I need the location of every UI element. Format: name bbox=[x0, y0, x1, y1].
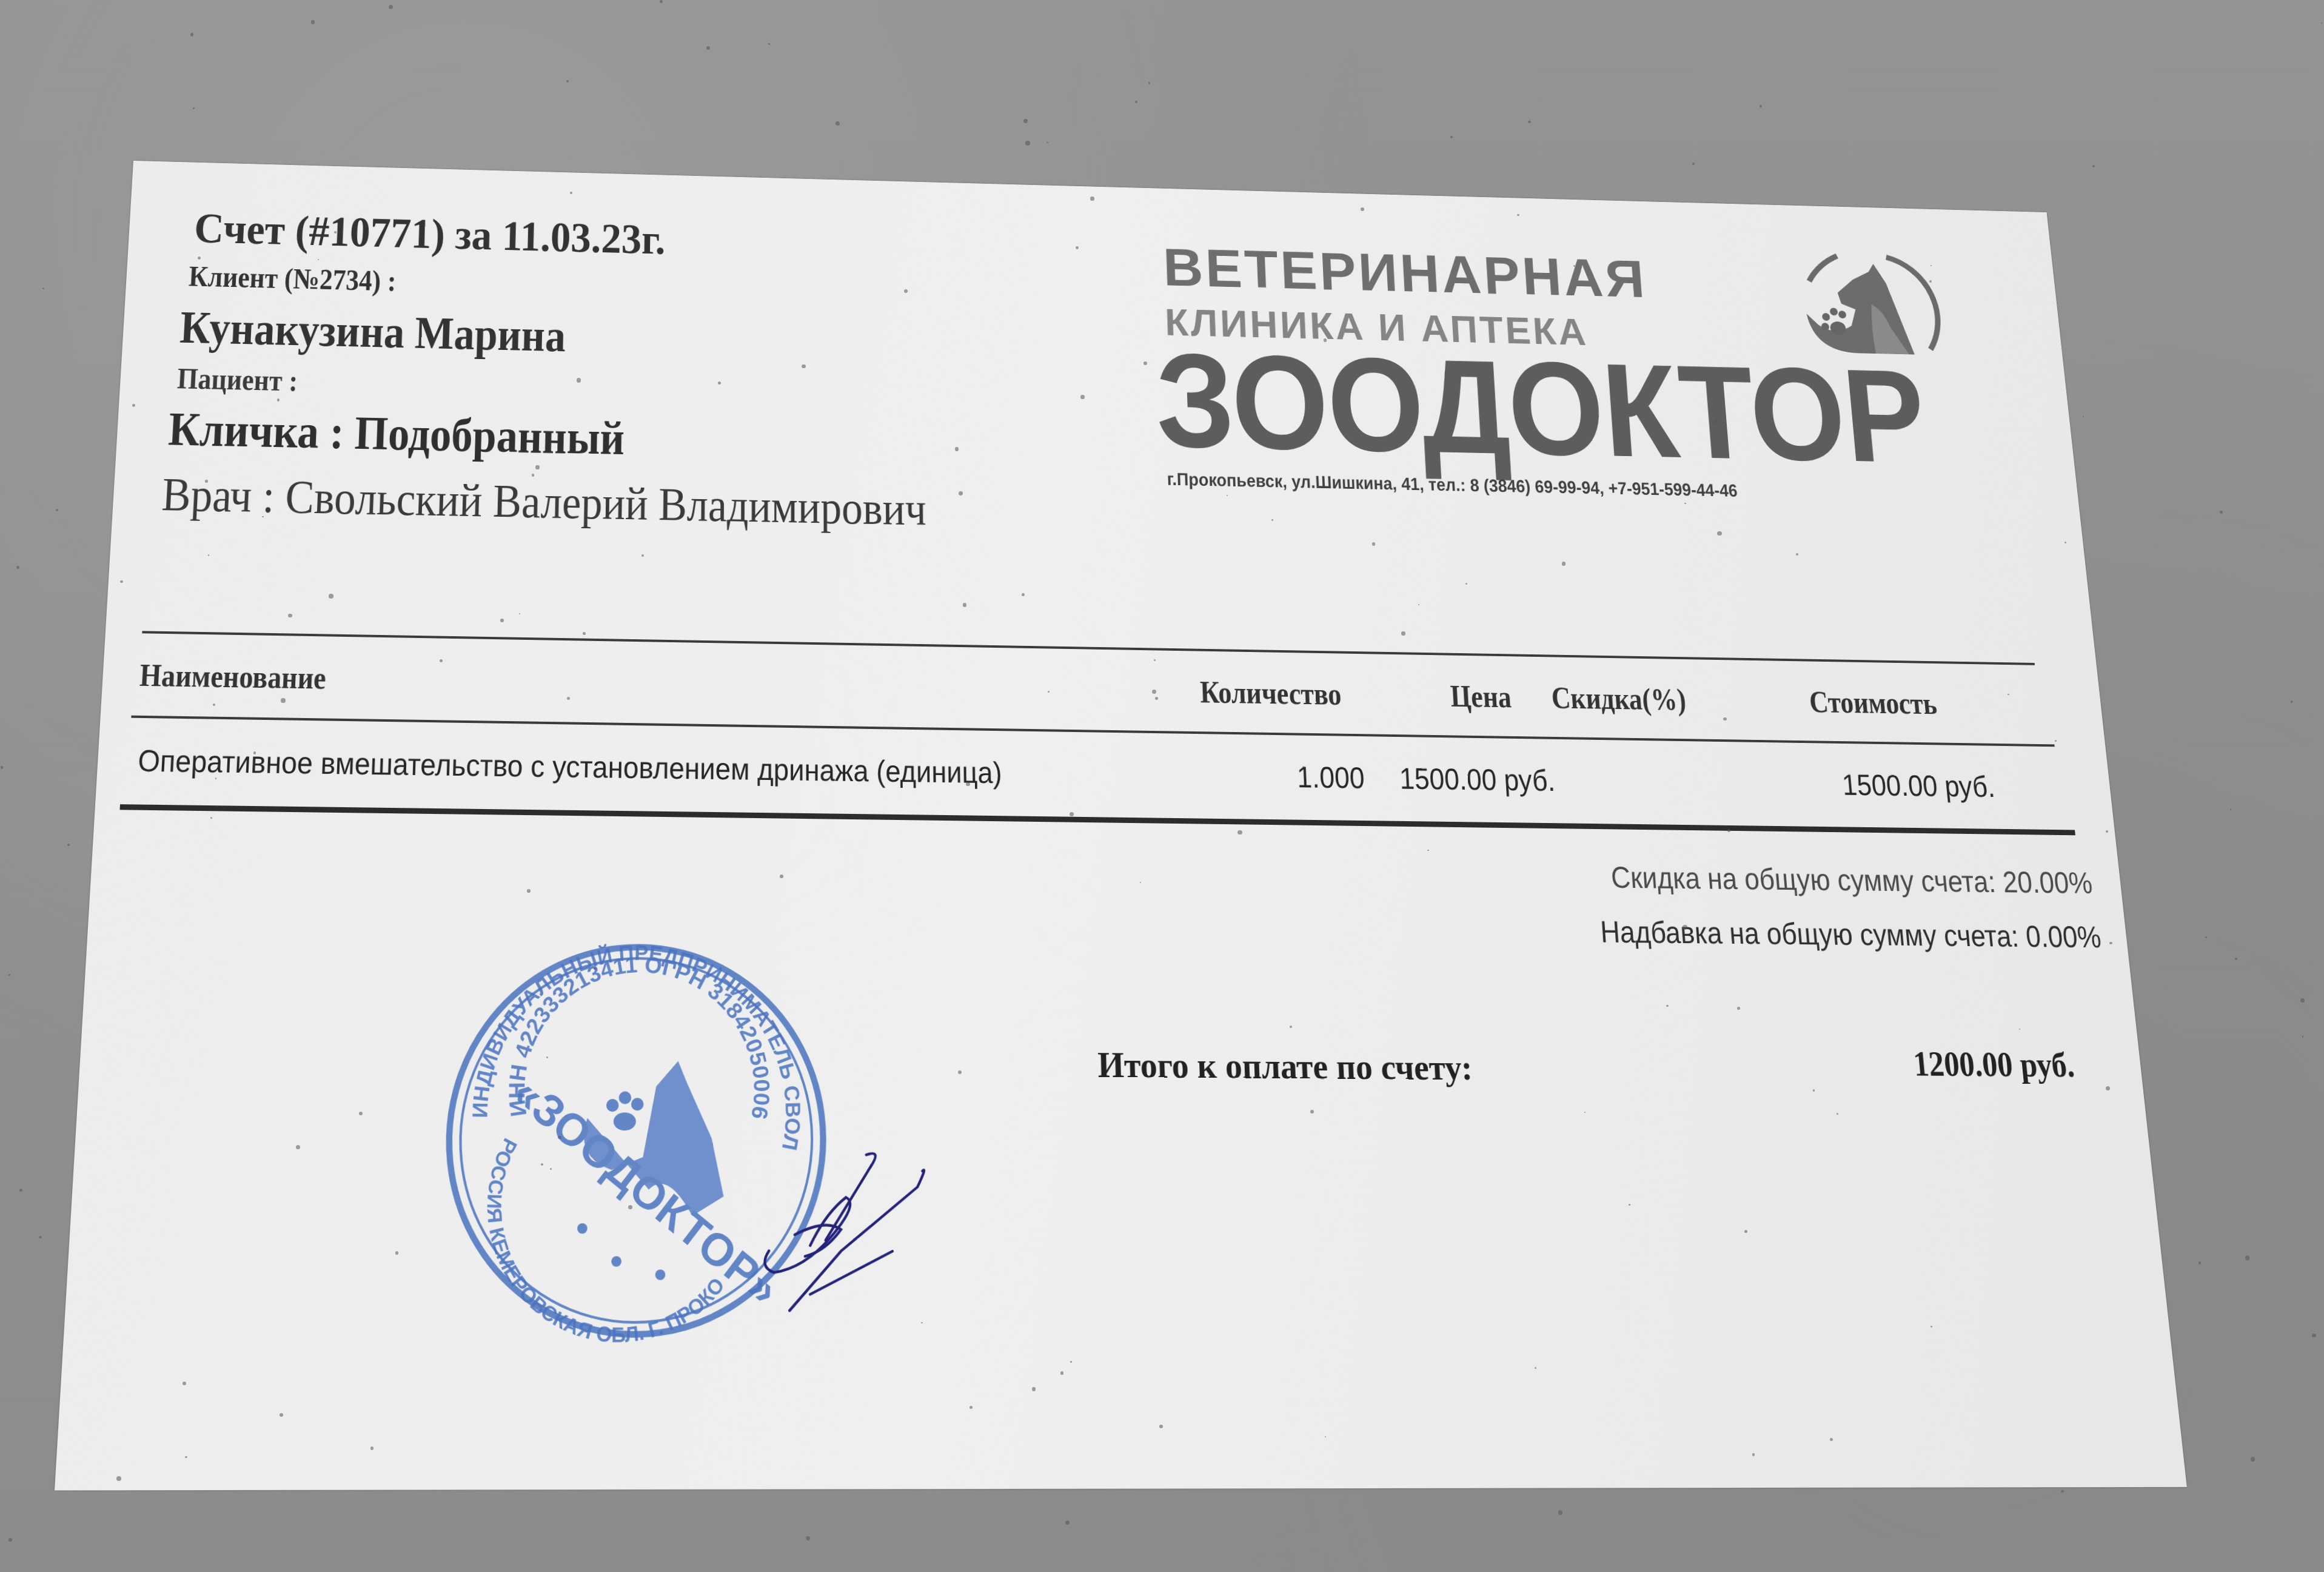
surface-speck bbox=[806, 1536, 810, 1540]
row-quantity: 1.000 bbox=[1296, 760, 1365, 796]
surface-speck bbox=[1032, 1387, 1036, 1391]
surface-speck bbox=[2302, 1036, 2304, 1038]
surface-speck bbox=[802, 364, 805, 368]
stamp-brand: «ЗООДОКТОР» bbox=[504, 1067, 788, 1316]
invoice-paper: Счет (#10771) за 11.03.23г. Клиент (№273… bbox=[55, 161, 2187, 1490]
surface-speck bbox=[1727, 829, 1730, 832]
surface-speck bbox=[1450, 136, 1453, 138]
surface-speck bbox=[1692, 163, 1695, 166]
total-value: 1200.00 руб. bbox=[1912, 1043, 2077, 1085]
surface-speck bbox=[2106, 1086, 2110, 1090]
surface-speck bbox=[213, 704, 215, 706]
surface-speck bbox=[904, 289, 908, 293]
surface-speck bbox=[660, 0, 663, 3]
surface-speck bbox=[1723, 717, 1726, 720]
surface-speck bbox=[193, 107, 195, 109]
table-top-rule bbox=[142, 631, 2035, 665]
table-row: Оперативное вмешательство с установление… bbox=[133, 161, 2046, 212]
surface-speck bbox=[1065, 1520, 1070, 1525]
surface-speck bbox=[1584, 1112, 1586, 1113]
surface-speck bbox=[500, 619, 504, 622]
row-price: 1500.00 руб. bbox=[1399, 761, 1556, 798]
surface-speck bbox=[1155, 697, 1158, 700]
column-header-quantity: Количество bbox=[1199, 675, 1342, 712]
surface-speck bbox=[1717, 531, 1722, 536]
surface-speck bbox=[1760, 105, 1762, 107]
surface-speck bbox=[8, 974, 10, 976]
surface-speck bbox=[1629, 1204, 1630, 1206]
surface-speck bbox=[519, 613, 520, 614]
surface-speck bbox=[253, 751, 256, 754]
surface-speck bbox=[2230, 808, 2231, 810]
surface-speck bbox=[963, 603, 967, 607]
surface-speck bbox=[1148, 82, 1151, 84]
surface-speck bbox=[527, 889, 531, 893]
logo-line-veterinary: ВЕТЕРИНАРНАЯ bbox=[1162, 237, 1649, 309]
surface-speck bbox=[583, 632, 586, 635]
total-label: Итого к оплате по счету: bbox=[1097, 1046, 1473, 1089]
client-label: Клиент (№2734) : bbox=[188, 260, 397, 298]
surface-speck bbox=[2312, 1334, 2316, 1338]
surface-speck bbox=[1022, 593, 1025, 596]
client-name: Кунакузина Марина bbox=[179, 302, 566, 363]
column-header-price: Цена bbox=[1450, 679, 1513, 715]
column-header-cost: Стоимость bbox=[1808, 685, 1938, 722]
surface-speck bbox=[1573, 265, 1575, 267]
surface-speck bbox=[183, 1382, 186, 1385]
surface-speck bbox=[1144, 361, 1147, 365]
surface-speck bbox=[208, 554, 209, 556]
surface-speck bbox=[185, 1456, 187, 1458]
table-bottom-rule bbox=[120, 804, 2075, 835]
surface-speck bbox=[594, 967, 597, 970]
surface-speck bbox=[395, 1251, 398, 1254]
surface-speck bbox=[56, 509, 58, 511]
surface-speck bbox=[2061, 1490, 2063, 1493]
surface-speck bbox=[1813, 1089, 1815, 1091]
surface-speck bbox=[311, 20, 315, 24]
column-header-discount: Скидка(%) bbox=[1550, 681, 1687, 718]
table-header-rule bbox=[131, 716, 2054, 747]
surface-speck bbox=[2245, 1255, 2250, 1260]
surface-speck bbox=[1302, 766, 1304, 768]
surface-speck bbox=[67, 844, 70, 846]
doctor-name: Врач : Свольский Валерий Владимирович bbox=[161, 469, 926, 537]
surface-speck bbox=[567, 697, 570, 700]
surface-speck bbox=[2321, 22, 2322, 24]
surface-speck bbox=[1135, 101, 1137, 103]
surface-speck bbox=[318, 259, 319, 260]
surface-speck bbox=[1562, 562, 1566, 565]
surface-speck bbox=[532, 474, 534, 476]
surface-speck bbox=[1, 766, 4, 769]
surface-speck bbox=[2251, 1457, 2255, 1461]
surface-speck bbox=[780, 875, 783, 878]
invoice-discount-line: Скидка на общую сумму счета: 20.00% bbox=[1610, 860, 2094, 901]
surface-speck bbox=[2008, 694, 2009, 696]
surface-speck bbox=[1090, 196, 1094, 201]
surface-speck bbox=[198, 257, 201, 260]
surface-speck bbox=[288, 614, 292, 618]
surface-speck bbox=[706, 46, 710, 50]
surface-speck bbox=[1070, 1361, 1072, 1363]
surface-speck bbox=[541, 1163, 543, 1166]
row-item-name: Оперативное вмешательство с установление… bbox=[137, 743, 1002, 790]
surface-speck bbox=[205, 480, 208, 483]
surface-speck bbox=[2300, 998, 2305, 1003]
surface-speck bbox=[389, 5, 393, 9]
surface-speck bbox=[1076, 246, 1079, 249]
surface-speck bbox=[19, 1189, 22, 1192]
patient-label: Пациент : bbox=[176, 362, 298, 398]
surface-speck bbox=[2291, 700, 2292, 702]
surface-speck bbox=[535, 465, 540, 469]
surface-speck bbox=[1046, 142, 1048, 143]
surface-speck bbox=[2235, 958, 2237, 960]
signature bbox=[748, 1126, 955, 1335]
surface-speck bbox=[190, 33, 193, 36]
surface-speck bbox=[1536, 773, 1538, 774]
surface-speck bbox=[2198, 1261, 2201, 1264]
surface-speck bbox=[1713, 419, 1718, 424]
surface-speck bbox=[1931, 1326, 1932, 1328]
surface-speck bbox=[1427, 850, 1428, 851]
surface-speck bbox=[2205, 936, 2207, 938]
invoice-markup-line: Надбавка на общую сумму счета: 0.00% bbox=[1599, 914, 2102, 955]
surface-speck bbox=[281, 698, 286, 703]
surface-speck bbox=[720, 967, 721, 969]
surface-speck bbox=[1025, 141, 1030, 146]
surface-speck bbox=[768, 43, 769, 44]
surface-speck bbox=[329, 594, 333, 599]
surface-speck bbox=[39, 1236, 42, 1239]
surface-speck bbox=[966, 782, 969, 786]
column-header-name: Наименование bbox=[139, 658, 327, 697]
surface-speck bbox=[2220, 511, 2223, 514]
surface-speck bbox=[1666, 1005, 1669, 1007]
surface-speck bbox=[359, 1112, 363, 1115]
surface-speck bbox=[836, 121, 840, 126]
surface-speck bbox=[558, 1136, 561, 1140]
surface-speck bbox=[1517, 214, 1519, 216]
invoice-title: Счет (#10771) за 11.03.23г. bbox=[193, 204, 666, 264]
surface-speck bbox=[550, 1168, 552, 1170]
surface-speck bbox=[16, 566, 20, 569]
surface-speck bbox=[1558, 1510, 1562, 1514]
surface-speck bbox=[1080, 395, 1085, 399]
surface-speck bbox=[1528, 121, 1531, 124]
surface-speck bbox=[1401, 631, 1405, 636]
surface-speck bbox=[8, 1538, 12, 1542]
surface-speck bbox=[2092, 165, 2095, 167]
pet-name: Кличка : Подобранный bbox=[167, 402, 625, 466]
surface-speck bbox=[959, 491, 963, 495]
surface-speck bbox=[215, 778, 216, 779]
row-cost: 1500.00 руб. bbox=[1841, 768, 1997, 804]
surface-speck bbox=[1324, 338, 1327, 342]
surface-speck bbox=[1060, 1371, 1064, 1375]
surface-speck bbox=[566, 80, 569, 82]
surface-speck bbox=[1737, 1007, 1740, 1010]
surface-speck bbox=[2083, 416, 2084, 417]
surface-speck bbox=[1023, 119, 1028, 124]
surface-speck bbox=[546, 1056, 548, 1058]
surface-speck bbox=[1683, 925, 1687, 930]
surface-speck bbox=[116, 1476, 121, 1481]
surface-speck bbox=[958, 1070, 962, 1074]
surface-speck bbox=[132, 404, 135, 407]
surface-speck bbox=[262, 516, 264, 518]
cat-dog-paw-emblem-icon bbox=[1784, 248, 1959, 361]
surface-speck bbox=[42, 287, 45, 290]
surface-speck bbox=[1310, 1110, 1314, 1113]
